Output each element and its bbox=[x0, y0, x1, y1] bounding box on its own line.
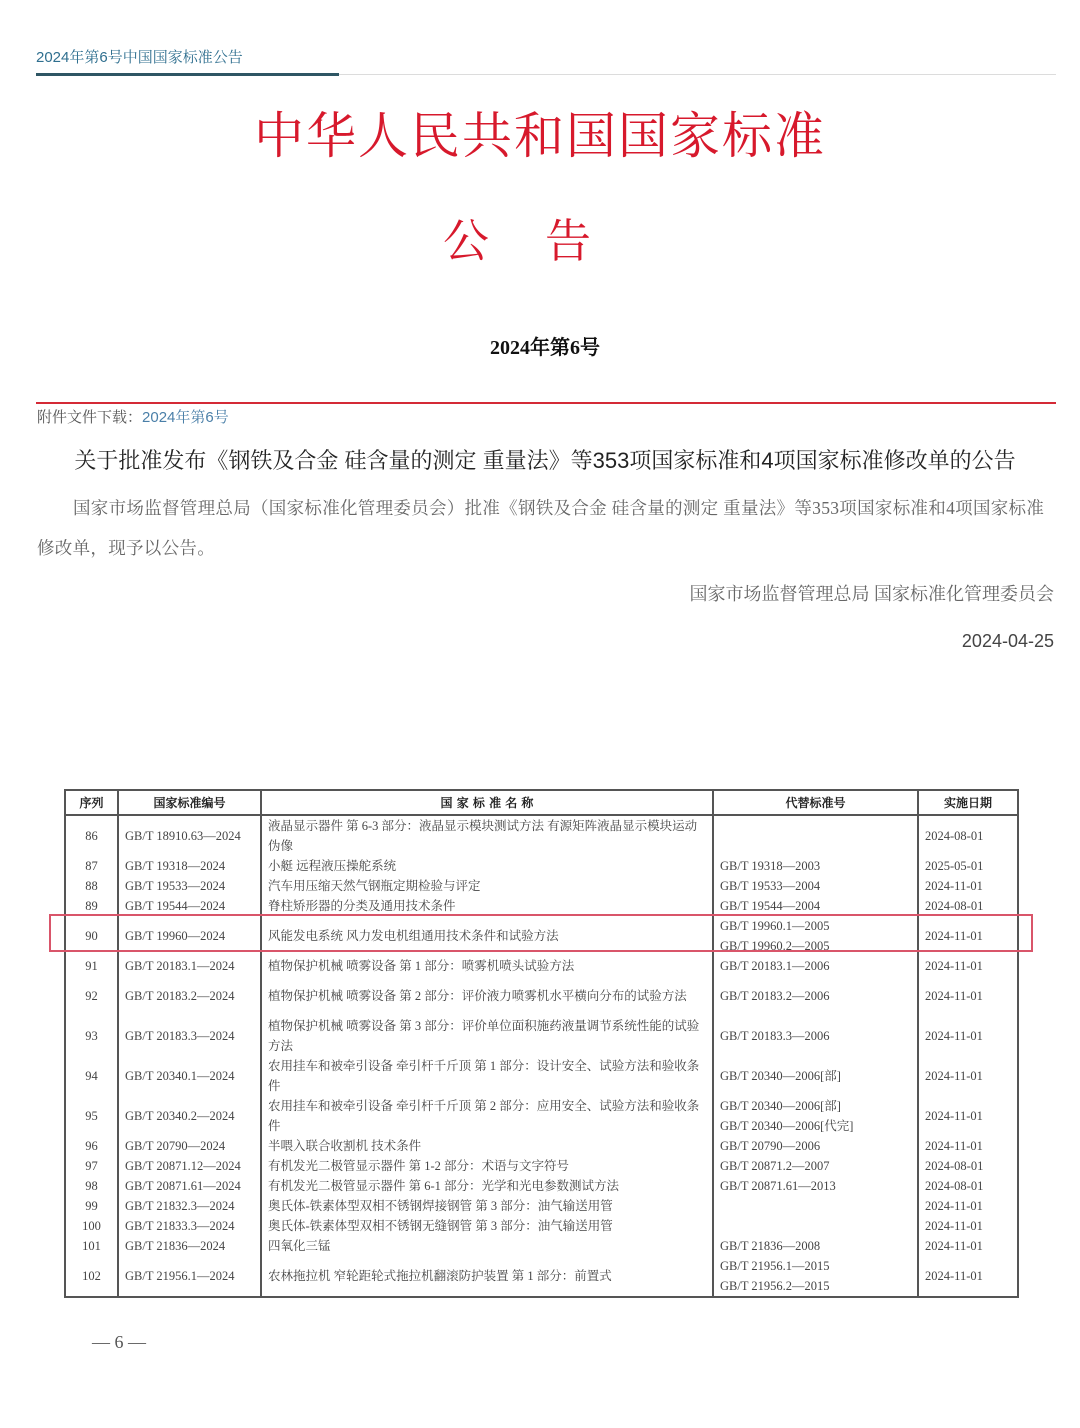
table-row: 90GB/T 19960—2024风能发电系统 风力发电机组通用技术条件和试验方… bbox=[65, 916, 1018, 956]
cell-replaces: GB/T 21956.1—2015GB/T 21956.2—2015 bbox=[713, 1256, 918, 1297]
cell-date: 2024-11-01 bbox=[918, 1016, 1018, 1056]
cell-seq: 95 bbox=[65, 1096, 118, 1136]
cell-replaces: GB/T 21836—2008 bbox=[713, 1236, 918, 1256]
replaced-standard: GB/T 19533—2004 bbox=[720, 876, 911, 896]
cell-seq: 89 bbox=[65, 896, 118, 916]
table-row: 86GB/T 18910.63—2024液晶显示器件 第 6-3 部分：液晶显示… bbox=[65, 815, 1018, 856]
replaced-standard: GB/T 20871.61—2013 bbox=[720, 1176, 911, 1196]
cell-name: 液晶显示器件 第 6-3 部分：液晶显示模块测试方法 有源矩阵液晶显示模块运动伪… bbox=[261, 815, 713, 856]
cell-date: 2024-08-01 bbox=[918, 1156, 1018, 1176]
cell-date: 2024-11-01 bbox=[918, 976, 1018, 1016]
cell-name: 小艇 远程液压操舵系统 bbox=[261, 856, 713, 876]
table-row: 98GB/T 20871.61—2024有机发光二极管显示器件 第 6-1 部分… bbox=[65, 1176, 1018, 1196]
replaced-standard: GB/T 20340—2006[代完] bbox=[720, 1116, 911, 1136]
article-headline: 关于批准发布《钢铁及合金 硅含量的测定 重量法》等353项国家标准和4项国家标准… bbox=[0, 444, 1080, 475]
cell-replaces bbox=[713, 1196, 918, 1216]
cell-date: 2024-08-01 bbox=[918, 896, 1018, 916]
cell-date: 2024-11-01 bbox=[918, 956, 1018, 976]
table-row: 94GB/T 20340.1—2024农用挂车和被牵引设备 牵引杆千斤顶 第 1… bbox=[65, 1056, 1018, 1096]
replaced-standard: GB/T 19960.2—2005 bbox=[720, 936, 911, 956]
cell-replaces: GB/T 19960.1—2005GB/T 19960.2—2005 bbox=[713, 916, 918, 956]
cell-seq: 92 bbox=[65, 976, 118, 1016]
cell-replaces: GB/T 20790—2006 bbox=[713, 1136, 918, 1156]
cell-seq: 96 bbox=[65, 1136, 118, 1156]
table-row: 96GB/T 20790—2024半喂入联合收割机 技术条件GB/T 20790… bbox=[65, 1136, 1018, 1156]
cell-date: 2024-11-01 bbox=[918, 916, 1018, 956]
cell-name: 有机发光二极管显示器件 第 1-2 部分：术语与文字符号 bbox=[261, 1156, 713, 1176]
article-signature: 国家市场监督管理总局 国家标准化管理委员会 bbox=[690, 580, 1055, 606]
cell-name: 农用挂车和被牵引设备 牵引杆千斤顶 第 2 部分：应用安全、试验方法和验收条件 bbox=[261, 1096, 713, 1136]
table-row: 100GB/T 21833.3—2024奥氏体-铁素体型双相不锈钢无缝钢管 第 … bbox=[65, 1216, 1018, 1236]
issue-number: 2024年第6号 bbox=[0, 331, 1080, 360]
cell-name: 汽车用压缩天然气钢瓶定期检验与评定 bbox=[261, 876, 713, 896]
header-seq: 序列 bbox=[65, 790, 118, 815]
cell-seq: 101 bbox=[65, 1236, 118, 1256]
cell-date: 2024-11-01 bbox=[918, 1096, 1018, 1136]
table-row: 99GB/T 21832.3—2024奥氏体-铁素体型双相不锈钢焊接钢管 第 3… bbox=[65, 1196, 1018, 1216]
cell-replaces: GB/T 20183.1—2006 bbox=[713, 956, 918, 976]
table-row: 92GB/T 20183.2—2024植物保护机械 喷雾设备 第 2 部分：评价… bbox=[65, 976, 1018, 1016]
replaced-standard: GB/T 20183.1—2006 bbox=[720, 956, 911, 976]
article-body: 国家市场监督管理总局（国家标准化管理委员会）批准《钢铁及合金 硅含量的测定 重量… bbox=[37, 488, 1057, 568]
cell-code: GB/T 19318—2024 bbox=[118, 856, 261, 876]
cell-name: 农用挂车和被牵引设备 牵引杆千斤顶 第 1 部分：设计安全、试验方法和验收条件 bbox=[261, 1056, 713, 1096]
page-number: — 6 — bbox=[92, 1332, 146, 1353]
replaced-standard: GB/T 21956.2—2015 bbox=[720, 1276, 911, 1296]
replaced-standard: GB/T 19318—2003 bbox=[720, 856, 911, 876]
cell-replaces: GB/T 20183.3—2006 bbox=[713, 1016, 918, 1056]
cell-date: 2024-11-01 bbox=[918, 1056, 1018, 1096]
cell-replaces: GB/T 20340—2006[部] bbox=[713, 1056, 918, 1096]
cell-code: GB/T 21956.1—2024 bbox=[118, 1256, 261, 1297]
cell-code: GB/T 20183.3—2024 bbox=[118, 1016, 261, 1056]
cell-date: 2024-11-01 bbox=[918, 1196, 1018, 1216]
cell-seq: 100 bbox=[65, 1216, 118, 1236]
replaced-standard: GB/T 21836—2008 bbox=[720, 1236, 911, 1256]
cell-date: 2024-11-01 bbox=[918, 1216, 1018, 1236]
cell-code: GB/T 20183.1—2024 bbox=[118, 956, 261, 976]
page-header-title: 2024年第6号中国国家标准公告 bbox=[36, 46, 243, 67]
cell-code: GB/T 21832.3—2024 bbox=[118, 1196, 261, 1216]
table-row: 93GB/T 20183.3—2024植物保护机械 喷雾设备 第 3 部分：评价… bbox=[65, 1016, 1018, 1056]
cell-code: GB/T 20871.61—2024 bbox=[118, 1176, 261, 1196]
replaced-standard: GB/T 20790—2006 bbox=[720, 1136, 911, 1156]
table-row: 101GB/T 21836—2024四氧化三锰GB/T 21836—200820… bbox=[65, 1236, 1018, 1256]
replaced-standard: GB/T 21956.1—2015 bbox=[720, 1256, 911, 1276]
replaced-standard: GB/T 19544—2004 bbox=[720, 896, 911, 916]
cell-code: GB/T 19544—2024 bbox=[118, 896, 261, 916]
cell-seq: 102 bbox=[65, 1256, 118, 1297]
cell-date: 2024-11-01 bbox=[918, 1256, 1018, 1297]
cell-code: GB/T 20340.1—2024 bbox=[118, 1056, 261, 1096]
cell-replaces: GB/T 19544—2004 bbox=[713, 896, 918, 916]
cell-date: 2025-05-01 bbox=[918, 856, 1018, 876]
table-row: 97GB/T 20871.12—2024有机发光二极管显示器件 第 1-2 部分… bbox=[65, 1156, 1018, 1176]
cell-replaces: GB/T 19318—2003 bbox=[713, 856, 918, 876]
header-date: 实施日期 bbox=[918, 790, 1018, 815]
cell-seq: 88 bbox=[65, 876, 118, 896]
cell-seq: 97 bbox=[65, 1156, 118, 1176]
cell-seq: 93 bbox=[65, 1016, 118, 1056]
cell-name: 风能发电系统 风力发电机组通用技术条件和试验方法 bbox=[261, 916, 713, 956]
table-row: 102GB/T 21956.1—2024农林拖拉机 窄轮距轮式拖拉机翻滚防护装置… bbox=[65, 1256, 1018, 1297]
standards-table: 序列 国家标准编号 国 家 标 准 名 称 代替标准号 实施日期 86GB/T … bbox=[64, 789, 1019, 1298]
cell-code: GB/T 20871.12—2024 bbox=[118, 1156, 261, 1176]
cell-replaces bbox=[713, 1216, 918, 1236]
cell-name: 奥氏体-铁素体型双相不锈钢无缝钢管 第 3 部分：油气输送用管 bbox=[261, 1216, 713, 1236]
cell-code: GB/T 21833.3—2024 bbox=[118, 1216, 261, 1236]
replaced-standard: GB/T 20183.2—2006 bbox=[720, 986, 911, 1006]
cell-replaces: GB/T 20871.2—2007 bbox=[713, 1156, 918, 1176]
header-replaces: 代替标准号 bbox=[713, 790, 918, 815]
cell-code: GB/T 19533—2024 bbox=[118, 876, 261, 896]
table-row: 89GB/T 19544—2024脊柱矫形器的分类及通用技术条件GB/T 195… bbox=[65, 896, 1018, 916]
cell-replaces: GB/T 20183.2—2006 bbox=[713, 976, 918, 1016]
header-code: 国家标准编号 bbox=[118, 790, 261, 815]
cell-code: GB/T 18910.63—2024 bbox=[118, 815, 261, 856]
cell-name: 有机发光二极管显示器件 第 6-1 部分：光学和光电参数测试方法 bbox=[261, 1176, 713, 1196]
cell-name: 植物保护机械 喷雾设备 第 1 部分：喷雾机喷头试验方法 bbox=[261, 956, 713, 976]
header-divider-accent bbox=[36, 73, 339, 76]
cell-code: GB/T 19960—2024 bbox=[118, 916, 261, 956]
article-date: 2024-04-25 bbox=[962, 631, 1054, 652]
cell-date: 2024-08-01 bbox=[918, 1176, 1018, 1196]
table-row: 95GB/T 20340.2—2024农用挂车和被牵引设备 牵引杆千斤顶 第 2… bbox=[65, 1096, 1018, 1136]
cell-name: 植物保护机械 喷雾设备 第 3 部分：评价单位面积施药液量调节系统性能的试验方法 bbox=[261, 1016, 713, 1056]
document-main-title: 中华人民共和国国家标准 bbox=[0, 96, 1080, 168]
cell-seq: 99 bbox=[65, 1196, 118, 1216]
replaced-standard: GB/T 20183.3—2006 bbox=[720, 1026, 911, 1046]
cell-date: 2024-11-01 bbox=[918, 1236, 1018, 1256]
cell-date: 2024-08-01 bbox=[918, 815, 1018, 856]
cell-name: 植物保护机械 喷雾设备 第 2 部分：评价液力喷雾机水平横向分布的试验方法 bbox=[261, 976, 713, 1016]
cell-code: GB/T 20183.2—2024 bbox=[118, 976, 261, 1016]
replaced-standard: GB/T 20871.2—2007 bbox=[720, 1156, 911, 1176]
table-header-row: 序列 国家标准编号 国 家 标 准 名 称 代替标准号 实施日期 bbox=[65, 790, 1018, 815]
notice-label: 公告 bbox=[0, 205, 1080, 271]
attachment-row: 附件文件下载：2024年第6号 bbox=[37, 406, 229, 427]
attachment-download-link[interactable]: 2024年第6号 bbox=[142, 409, 229, 426]
cell-seq: 94 bbox=[65, 1056, 118, 1096]
cell-name: 脊柱矫形器的分类及通用技术条件 bbox=[261, 896, 713, 916]
cell-seq: 86 bbox=[65, 815, 118, 856]
cell-name: 半喂入联合收割机 技术条件 bbox=[261, 1136, 713, 1156]
cell-seq: 90 bbox=[65, 916, 118, 956]
cell-replaces: GB/T 19533—2004 bbox=[713, 876, 918, 896]
cell-code: GB/T 21836—2024 bbox=[118, 1236, 261, 1256]
cell-replaces bbox=[713, 815, 918, 856]
cell-date: 2024-11-01 bbox=[918, 876, 1018, 896]
cell-replaces: GB/T 20871.61—2013 bbox=[713, 1176, 918, 1196]
cell-seq: 91 bbox=[65, 956, 118, 976]
attachment-label: 附件文件下载： bbox=[37, 409, 142, 426]
replaced-standard: GB/T 19960.1—2005 bbox=[720, 916, 911, 936]
cell-replaces: GB/T 20340—2006[部]GB/T 20340—2006[代完] bbox=[713, 1096, 918, 1136]
replaced-standard: GB/T 20340—2006[部] bbox=[720, 1096, 911, 1116]
table-row: 87GB/T 19318—2024小艇 远程液压操舵系统GB/T 19318—2… bbox=[65, 856, 1018, 876]
table-row: 91GB/T 20183.1—2024植物保护机械 喷雾设备 第 1 部分：喷雾… bbox=[65, 956, 1018, 976]
table-row: 88GB/T 19533—2024汽车用压缩天然气钢瓶定期检验与评定GB/T 1… bbox=[65, 876, 1018, 896]
replaced-standard: GB/T 20340—2006[部] bbox=[720, 1066, 911, 1086]
cell-date: 2024-11-01 bbox=[918, 1136, 1018, 1156]
cell-seq: 98 bbox=[65, 1176, 118, 1196]
cell-name: 农林拖拉机 窄轮距轮式拖拉机翻滚防护装置 第 1 部分：前置式 bbox=[261, 1256, 713, 1297]
header-name: 国 家 标 准 名 称 bbox=[261, 790, 713, 815]
cell-code: GB/T 20340.2—2024 bbox=[118, 1096, 261, 1136]
cell-seq: 87 bbox=[65, 856, 118, 876]
cell-name: 四氧化三锰 bbox=[261, 1236, 713, 1256]
cell-code: GB/T 20790—2024 bbox=[118, 1136, 261, 1156]
red-divider bbox=[36, 402, 1056, 404]
cell-name: 奥氏体-铁素体型双相不锈钢焊接钢管 第 3 部分：油气输送用管 bbox=[261, 1196, 713, 1216]
